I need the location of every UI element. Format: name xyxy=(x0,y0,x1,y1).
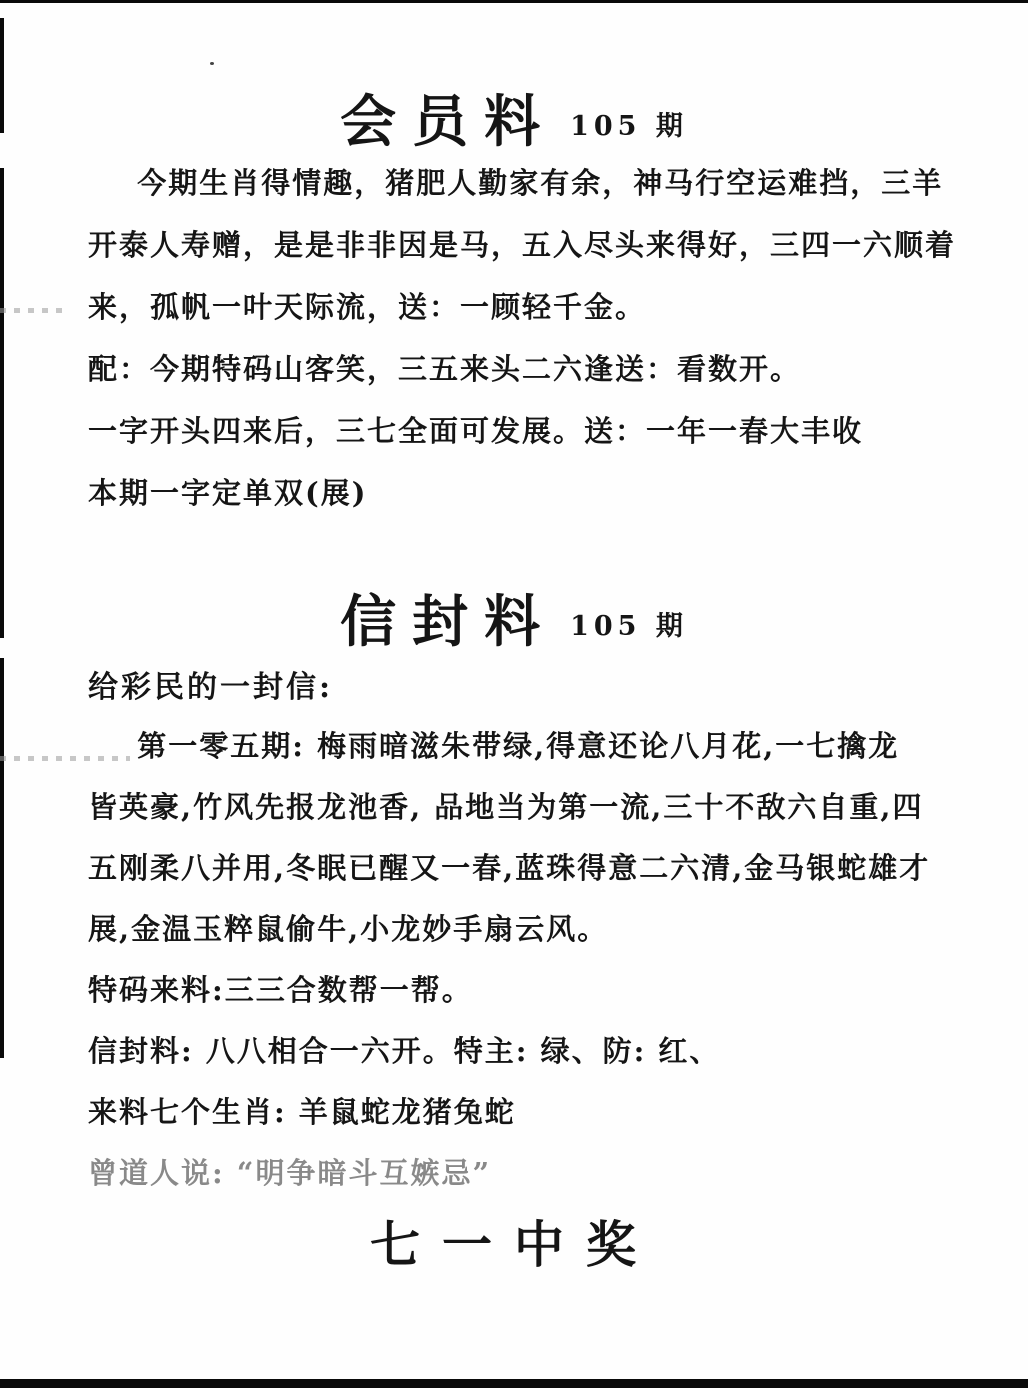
member-paragraph: 今期生肖得情趣，猪肥人勤家有余，神马行空运难挡，三羊 开泰人寿赠，是是非非因是马… xyxy=(88,152,978,524)
envelope-section-title: 信封料 xyxy=(340,589,556,655)
envelope-paragraph: 第一零五期: 梅雨暗滋朱带绿,得意还论八月花,一七擒龙 皆英豪,竹风先报龙池香,… xyxy=(88,716,978,1204)
text-line: 今期生肖得情趣，猪肥人勤家有余，神马行空运难挡，三羊 xyxy=(88,152,978,214)
member-issue-number: 105 期 xyxy=(570,111,688,142)
text-line: 皆英豪,竹风先报龙池香, 品地当为第一流,三十不敌六自重,四 xyxy=(88,777,978,838)
text-line: 本期一字定单双(展) xyxy=(88,462,978,524)
text-line: 来料七个生肖: 羊鼠蛇龙猪兔蛇 xyxy=(88,1082,978,1143)
scan-edge-top xyxy=(0,0,1028,3)
scan-noise-speckles xyxy=(0,308,70,313)
scan-edge-bottom xyxy=(0,1379,1028,1388)
text-line: 五刚柔八并用,冬眠已醒又一春,蓝珠得意二六清,金马银蛇雄才 xyxy=(88,838,978,899)
envelope-section-header: 信封料105 期 xyxy=(0,578,1028,658)
scan-noise-dot xyxy=(210,62,214,65)
member-section-header: 会员料105 期 xyxy=(0,78,1028,158)
text-line: 开泰人寿赠，是是非非因是马，五入尽头来得好，三四一六顺着 xyxy=(88,214,978,276)
text-line: 来，孤帆一叶天际流，送：一顾轻千金。 xyxy=(88,276,978,338)
scan-edge-left-segment xyxy=(0,168,4,638)
text-line: 第一零五期: 梅雨暗滋朱带绿,得意还论八月花,一七擒龙 xyxy=(88,716,978,777)
faint-text-line: 曾道人说: “明争暗斗互嫉忌” xyxy=(88,1143,978,1204)
text-line: 信封料: 八八相合一六开。特主: 绿、防: 红、 xyxy=(88,1021,978,1082)
letter-intro-line: 给彩民的一封信: xyxy=(88,662,333,706)
scanned-lottery-sheet: 会员料105 期 今期生肖得情趣，猪肥人勤家有余，神马行空运难挡，三羊 开泰人寿… xyxy=(0,0,1028,1388)
member-section-title: 会员料 xyxy=(340,89,556,155)
text-line: 一字开头四来后，三七全面可发展。送：一年一春大丰收 xyxy=(88,400,978,462)
text-line: 展,金温玉粹鼠偷牛,小龙妙手扇云风。 xyxy=(88,899,978,960)
text-line: 特码来料:三三合数帮一帮。 xyxy=(88,960,978,1021)
envelope-issue-number: 105 期 xyxy=(570,611,688,642)
scan-edge-left-segment xyxy=(0,658,4,1058)
text-line: 配：今期特码山客笑，三五来头二六逢送：看数开。 xyxy=(88,338,978,400)
winning-headline: 七一中奖 xyxy=(0,1205,1028,1277)
